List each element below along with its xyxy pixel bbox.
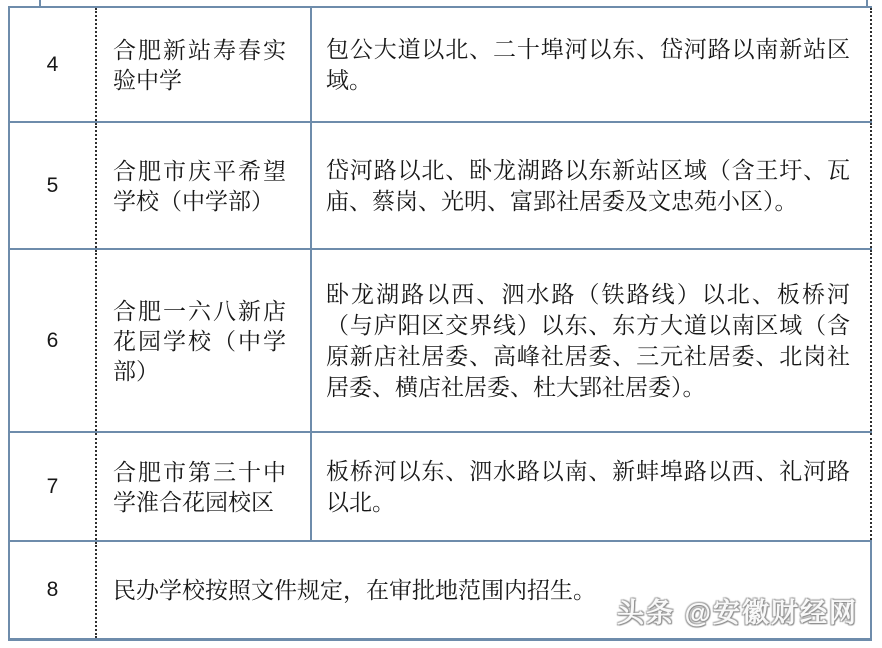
document-page: 4 合肥新站寿春实验中学 包公大道以北、二十埠河以东、岱河路以南新站区域。 5 … [0,0,882,648]
school-name-cell: 合肥新站寿春实验中学 [95,8,312,121]
school-name-cell: 合肥市庆平希望学校（中学部） [95,123,312,248]
school-name: 合肥市第三十中学淮合花园校区 [113,457,286,517]
row-number: 5 [10,123,95,248]
table-row: 7 合肥市第三十中学淮合花园校区 板桥河以东、泗水路以南、新蚌埠路以西、礼河路以… [10,433,872,542]
row-number: 7 [10,433,95,540]
district-range-cell: 板桥河以东、泗水路以南、新蚌埠路以西、礼河路以北。 [312,433,872,540]
district-range: 岱河路以北、卧龙湖路以东新站区域（含王圩、瓦庙、蔡岗、光明、富郢社居委及文忠苑小… [326,155,850,217]
row-number: 8 [10,542,95,638]
district-range-cell: 岱河路以北、卧龙湖路以东新站区域（含王圩、瓦庙、蔡岗、光明、富郢社居委及文忠苑小… [312,123,872,248]
district-range-cell: 卧龙湖路以西、泗水路（铁路线）以北、板桥河（与庐阳区交界线）以东、东方大道以南区… [312,250,872,431]
table-row: 6 合肥一六八新店花园学校（中学部） 卧龙湖路以西、泗水路（铁路线）以北、板桥河… [10,250,872,433]
table-row: 5 合肥市庆平希望学校（中学部） 岱河路以北、卧龙湖路以东新站区域（含王圩、瓦庙… [10,123,872,250]
school-name: 合肥一六八新店花园学校（中学部） [113,296,286,386]
watermark-label: 头条 @安徽财经网 [617,591,858,630]
school-name-cell: 合肥一六八新店花园学校（中学部） [95,250,312,431]
district-range: 板桥河以东、泗水路以南、新蚌埠路以西、礼河路以北。 [326,456,850,518]
school-name-cell: 合肥市第三十中学淮合花园校区 [95,433,312,540]
district-range-cell: 包公大道以北、二十埠河以东、岱河路以南新站区域。 [312,8,872,121]
row-number: 4 [10,8,95,121]
school-name: 合肥新站寿春实验中学 [113,35,286,95]
school-district-table: 4 合肥新站寿春实验中学 包公大道以北、二十埠河以东、岱河路以南新站区域。 5 … [8,6,872,641]
district-range: 卧龙湖路以西、泗水路（铁路线）以北、板桥河（与庐阳区交界线）以东、东方大道以南区… [326,279,850,403]
row-number: 6 [10,250,95,431]
school-name: 合肥市庆平希望学校（中学部） [113,156,286,216]
table-row: 4 合肥新站寿春实验中学 包公大道以北、二十埠河以东、岱河路以南新站区域。 [10,8,872,123]
district-range: 包公大道以北、二十埠河以东、岱河路以南新站区域。 [326,34,850,96]
